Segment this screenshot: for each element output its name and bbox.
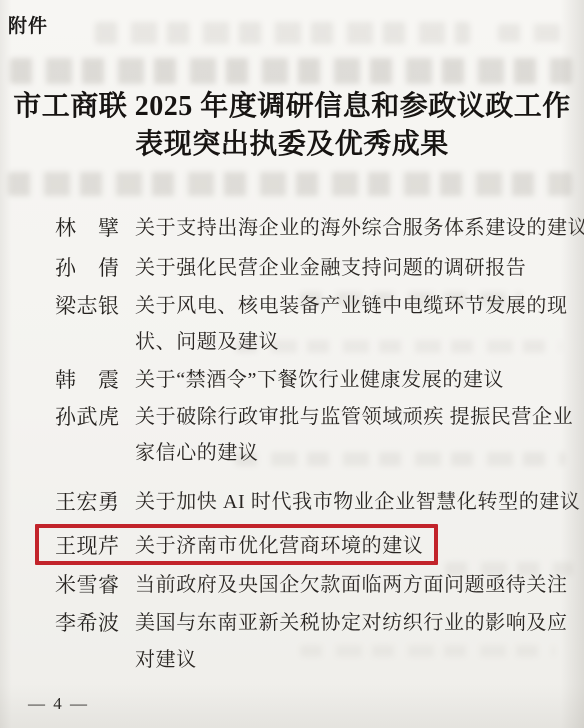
attachment-label: 附件 [8,11,48,38]
entry-line: 梁志银 关于风电、核电装备产业链中电缆环节发展的现 [0,293,584,319]
entry-title: 家信心的建议 [135,440,259,466]
entry-title: 对建议 [135,647,197,673]
entry-line: 米雪睿 当前政府及央国企欠款面临两方面问题亟待关注 [0,572,584,598]
entry-title: 美国与东南亚新关税协定对纺织行业的影响及应 [135,610,568,636]
bleed-through-band [498,24,562,42]
entry-name: 孙武虎 [55,404,125,430]
entry-name: 米雪睿 [55,572,125,598]
entry-title: 状、问题及建议 [135,329,279,355]
bleed-through-band [95,22,470,44]
entry-name: 王宏勇 [55,489,125,515]
entry-title: 关于济南市优化营商环境的建议 [135,533,423,559]
entry-title: 关于加快 AI 时代我市物业企业智慧化转型的建议 [135,489,581,515]
entry-line: 孙 倩 关于强化民营企业金融支持问题的调研报告 [0,255,584,281]
entry-name: 韩 震 [55,367,125,393]
entry-line-continuation: 状、问题及建议 [0,329,584,355]
entry-line: 林 擘 关于支持出海企业的海外综合服务体系建设的建议 [0,215,584,241]
entry-name: 梁志银 [55,293,125,319]
entry-line-continuation: 家信心的建议 [0,440,584,466]
document-title: 市工商联 2025 年度调研信息和参政议政工作 表现突出执委及优秀成果 [0,88,584,164]
entry-title: 关于强化民营企业金融支持问题的调研报告 [135,255,526,281]
entry-name: 林 擘 [55,215,125,241]
entry-line: 王宏勇 关于加快 AI 时代我市物业企业智慧化转型的建议 [0,489,584,515]
bleed-through-band [8,172,572,196]
entry-name: 孙 倩 [55,255,125,281]
entry-name: 王现芹 [55,533,125,559]
entry-title: 关于破除行政审批与监管领域顽疾 提振民营企业 [135,404,573,430]
entry-title: 当前政府及央国企欠款面临两方面问题亟待关注 [135,572,568,598]
entry-line: 孙武虎 关于破除行政审批与监管领域顽疾 提振民营企业 [0,404,584,430]
entry-line: 韩 震 关于“禁酒令”下餐饮行业健康发展的建议 [0,367,584,393]
entry-title: 关于“禁酒令”下餐饮行业健康发展的建议 [135,367,504,393]
entry-line-highlighted: 王现芹 关于济南市优化营商环境的建议 [0,533,584,559]
entry-name: 李希波 [55,610,125,636]
document-title-line-1: 市工商联 2025 年度调研信息和参政议政工作 [0,88,584,126]
page-number: — 4 — [28,694,89,714]
entry-title: 关于支持出海企业的海外综合服务体系建设的建议 [135,215,584,241]
bleed-through-band [10,58,572,84]
entry-line: 李希波 美国与东南亚新关税协定对纺织行业的影响及应 [0,610,584,636]
entry-title: 关于风电、核电装备产业链中电缆环节发展的现 [135,293,568,319]
scanned-document-page: 附件 市工商联 2025 年度调研信息和参政议政工作 表现突出执委及优秀成果 林… [0,0,584,728]
document-title-line-2: 表现突出执委及优秀成果 [0,126,584,164]
entry-line-continuation: 对建议 [0,647,584,673]
